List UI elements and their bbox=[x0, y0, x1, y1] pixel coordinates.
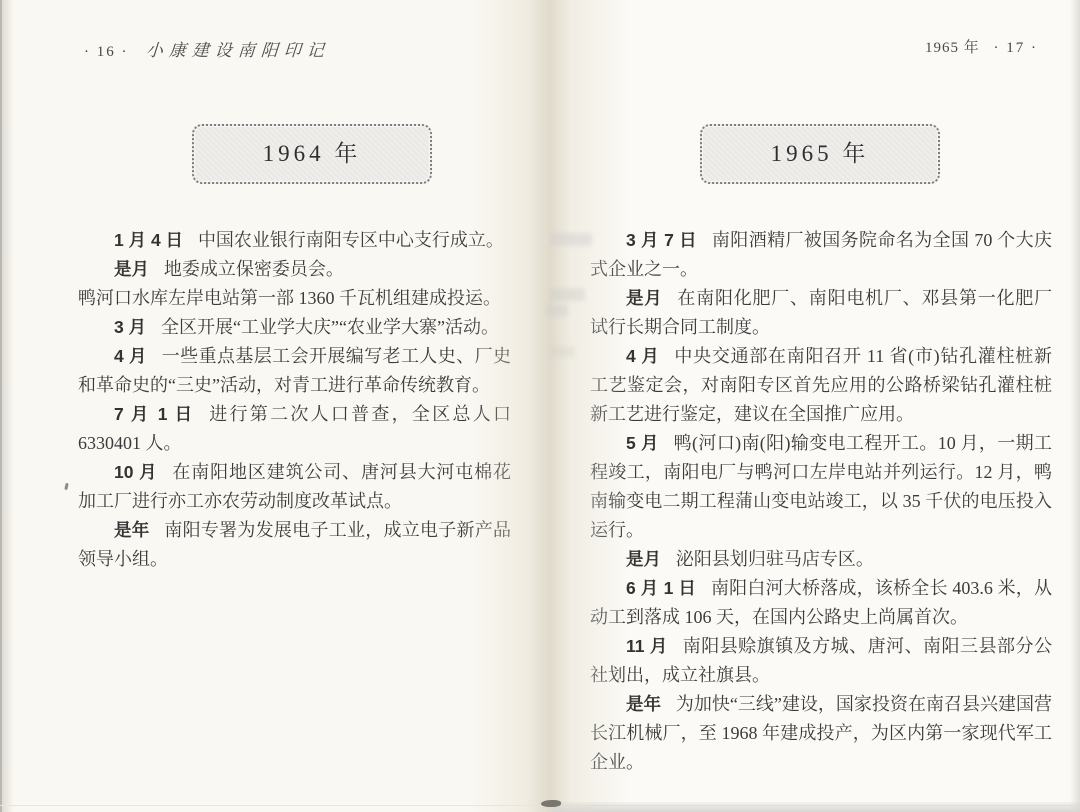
header-year-label: 1965 年 bbox=[925, 40, 980, 56]
entry-date-label: 是年 bbox=[114, 520, 150, 540]
page-number-left: · 16 · bbox=[84, 44, 129, 60]
entry-date-label: 11 月 bbox=[626, 636, 668, 656]
entry-date-label: 是月 bbox=[626, 288, 663, 308]
chronicle-entry: 7 月 1 日进行第二次人口普查，全区总人口 6330401 人。 bbox=[78, 400, 511, 458]
entry-date-label: 4 月 bbox=[114, 346, 147, 366]
entry-text: 泌阳县划归驻马店专区。 bbox=[676, 549, 874, 569]
chronicle-entry: 5 月鸭(河口)南(阳)输变电工程开工。10 月，一期工程竣工，南阳电厂与鸭河口… bbox=[590, 429, 1052, 545]
chronicle-entries-1964: 1 月 4 日中国农业银行南阳专区中心支行成立。 是月地委成立保密委员会。 鸭河… bbox=[78, 226, 511, 574]
entry-date-label: 4 月 bbox=[626, 346, 660, 366]
entry-date-label: 是月 bbox=[114, 259, 149, 279]
entry-text: 鸭(河口)南(阳)输变电工程开工。10 月，一期工程竣工，南阳电厂与鸭河口左岸电… bbox=[590, 433, 1052, 540]
entry-date-label: 6 月 1 日 bbox=[626, 578, 696, 598]
year-box-1965: 1965 年 bbox=[700, 124, 940, 184]
chronicle-entry: 是月泌阳县划归驻马店专区。 bbox=[590, 545, 1052, 574]
chronicle-entry: 鸭河口水库左岸电站第一部 1360 千瓦机组建成投运。 bbox=[78, 284, 511, 313]
year-box-1964: 1964 年 bbox=[192, 124, 432, 184]
scan-left-edge-line bbox=[0, 0, 2, 812]
binding-shadow-blob bbox=[541, 800, 561, 807]
ink-bleed-smudge bbox=[546, 305, 568, 316]
running-header-right: 1965 年 · 17 · bbox=[925, 36, 1038, 57]
ink-bleed-smudge bbox=[549, 346, 575, 358]
chronicle-entry: 11 月南阳县赊旗镇及方城、唐河、南阳三县部分公社划出，成立社旗县。 bbox=[590, 632, 1052, 690]
scan-bottom-strip bbox=[552, 802, 1080, 812]
page-left: · 16 · 小康建设南阳印记 1964 年 1 月 4 日中国农业银行南阳专区… bbox=[0, 0, 545, 812]
chronicle-entry: 是年为加快“三线”建设，国家投资在南召县兴建国营长江机械厂，至 1968 年建成… bbox=[590, 690, 1052, 777]
page-number-right: · 17 · bbox=[994, 40, 1039, 56]
chronicle-entry: 10 月在南阳地区建筑公司、唐河县大河屯棉花加工厂进行亦工亦农劳动制度改革试点。 bbox=[78, 458, 511, 516]
chronicle-entry: 4 月中央交通部在南阳召开 11 省(市)钻孔灌柱桩新工艺鉴定会，对南阳专区首先… bbox=[590, 342, 1052, 429]
chronicle-entries-1965: 3 月 7 日南阳酒精厂被国务院命名为全国 70 个大庆式企业之一。 是月在南阳… bbox=[590, 226, 1052, 777]
scan-left-edge-shadow bbox=[0, 0, 14, 812]
entry-text: 鸭河口水库左岸电站第一部 1360 千瓦机组建成投运。 bbox=[78, 288, 501, 308]
book-scan: · 16 · 小康建设南阳印记 1964 年 1 月 4 日中国农业银行南阳专区… bbox=[0, 0, 1080, 812]
entry-date-label: 7 月 1 日 bbox=[114, 404, 194, 424]
entry-date-label: 是年 bbox=[626, 694, 661, 714]
entry-text: 地委成立保密委员会。 bbox=[164, 259, 344, 279]
entry-date-label: 3 月 7 日 bbox=[626, 230, 697, 250]
book-title: 小康建设南阳印记 bbox=[145, 36, 331, 61]
entry-date-label: 10 月 bbox=[114, 462, 158, 482]
chronicle-entry: 1 月 4 日中国农业银行南阳专区中心支行成立。 bbox=[78, 226, 511, 255]
entry-text: 全区开展“工业学大庆”“农业学大寨”活动。 bbox=[161, 317, 499, 337]
entry-date-label: 3 月 bbox=[114, 317, 146, 337]
chronicle-entry: 是年南阳专署为发展电子工业，成立电子新产品领导小组。 bbox=[78, 516, 511, 574]
entry-date-label: 5 月 bbox=[626, 433, 659, 453]
running-header-left: · 16 · 小康建设南阳印记 bbox=[84, 36, 330, 61]
chronicle-entry: 4 月一些重点基层工会开展编写老工人史、厂史和革命史的“三史”活动，对青工进行革… bbox=[78, 342, 511, 400]
chronicle-entry: 6 月 1 日南阳白河大桥落成，该桥全长 403.6 米，从动工到落成 106 … bbox=[590, 574, 1052, 632]
scan-right-edge-shadow bbox=[1070, 0, 1080, 812]
ink-bleed-smudge bbox=[550, 233, 592, 246]
chronicle-entry: 是月地委成立保密委员会。 bbox=[78, 255, 511, 284]
chronicle-entry: 3 月 7 日南阳酒精厂被国务院命名为全国 70 个大庆式企业之一。 bbox=[590, 226, 1052, 284]
page-right: 1965 年 · 17 · 1965 年 3 月 7 日南阳酒精厂被国务院命名为… bbox=[545, 0, 1080, 812]
chronicle-entry: 是月在南阳化肥厂、南阳电机厂、邓县第一化肥厂试行长期合同工制度。 bbox=[590, 284, 1052, 342]
ink-bleed-smudge bbox=[549, 288, 585, 301]
entry-date-label: 1 月 4 日 bbox=[114, 230, 183, 250]
entry-text: 中国农业银行南阳专区中心支行成立。 bbox=[198, 230, 504, 250]
chronicle-entry: 3 月全区开展“工业学大庆”“农业学大寨”活动。 bbox=[78, 313, 511, 342]
entry-date-label: 是月 bbox=[626, 549, 661, 569]
